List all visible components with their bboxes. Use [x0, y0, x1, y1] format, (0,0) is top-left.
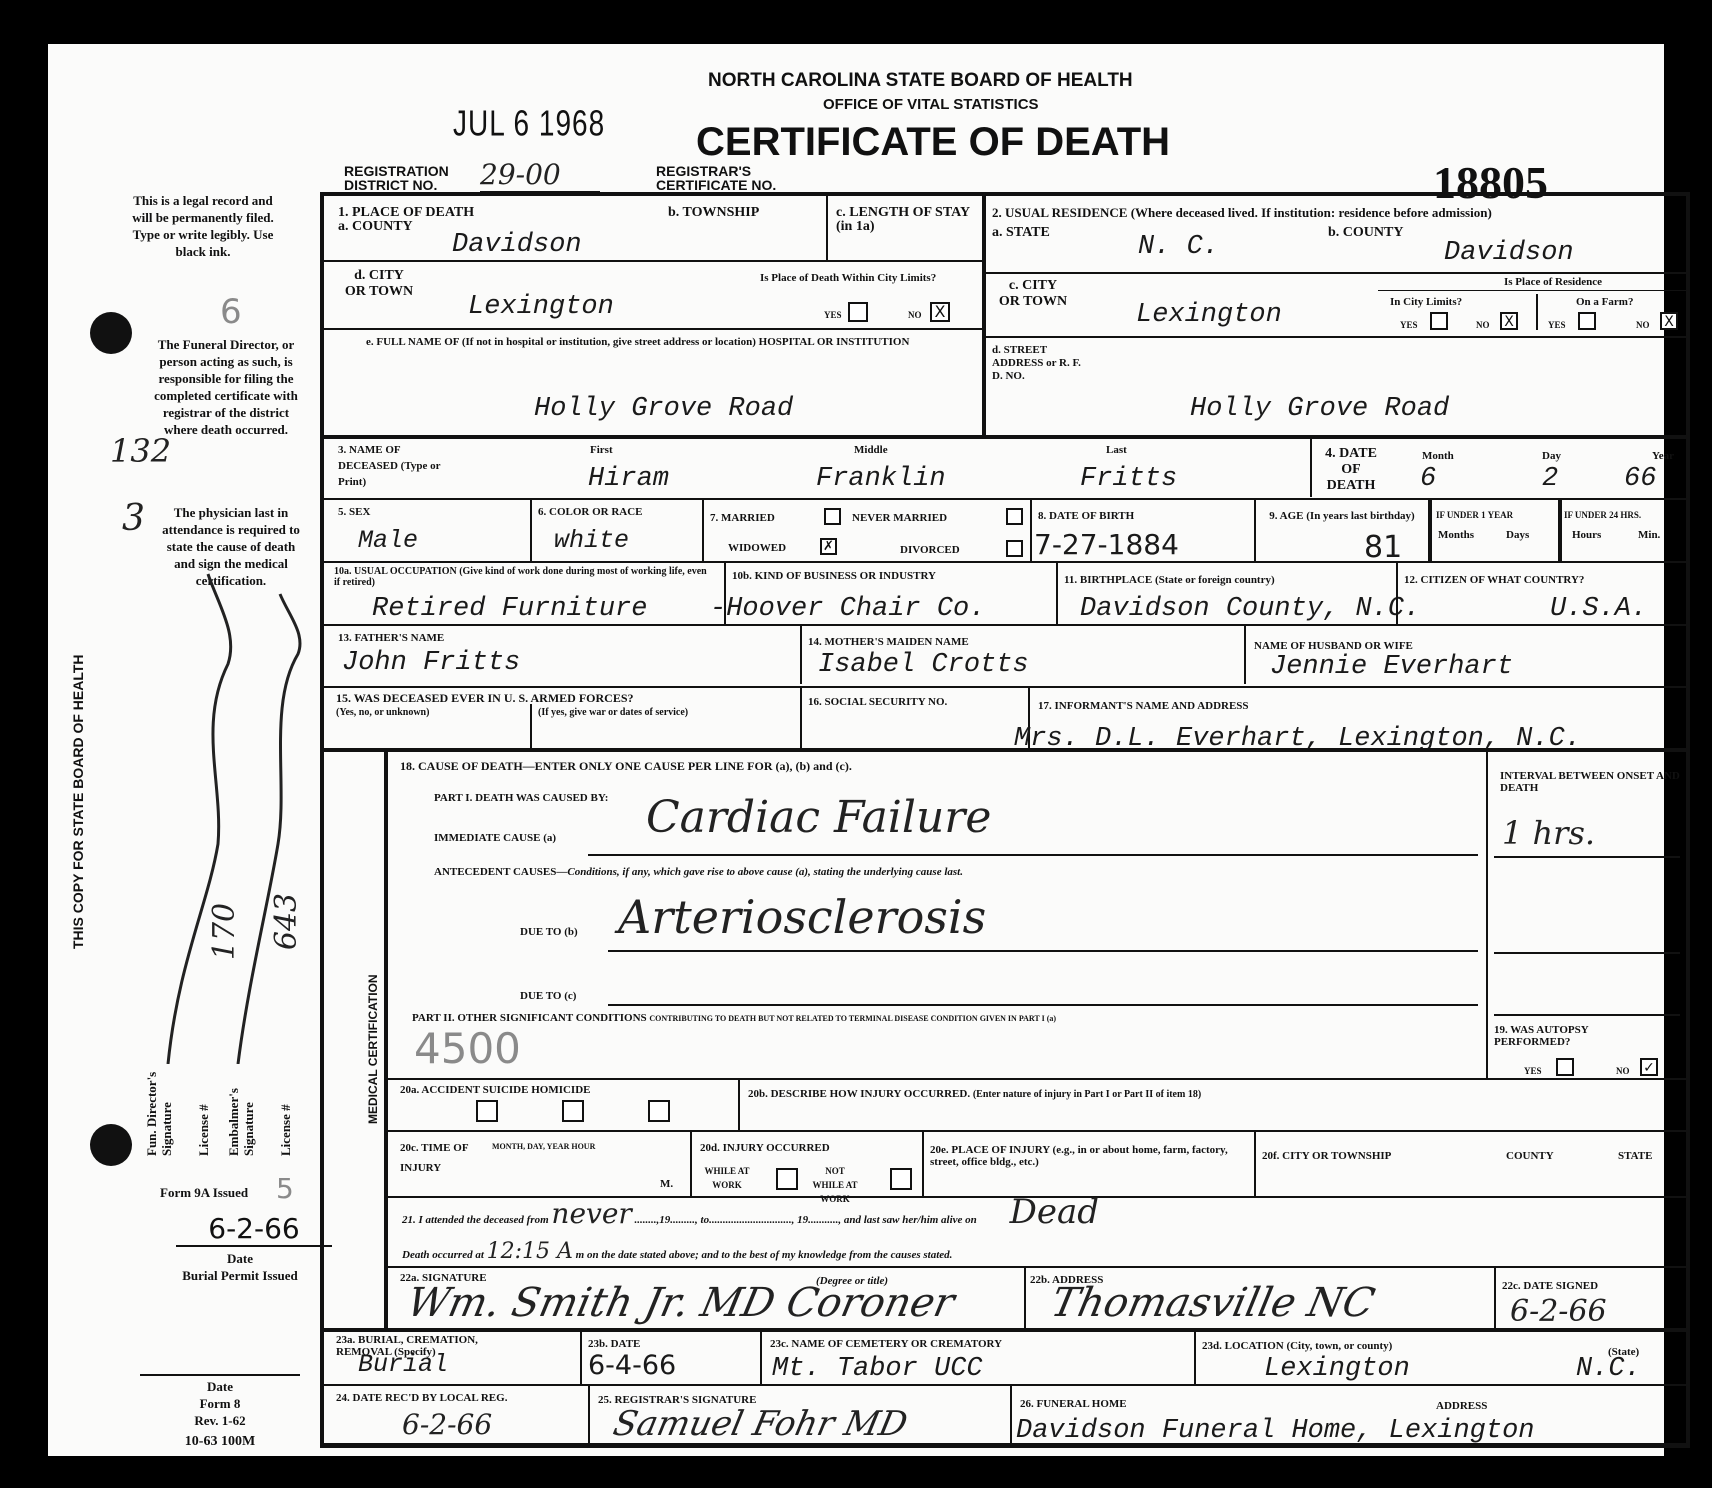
div-24-25 [588, 1386, 590, 1446]
autopsy-no-label: NO [1616, 1066, 1630, 1076]
registration-district-value: 29-00 [480, 158, 600, 193]
row-line-24 [322, 1384, 1688, 1386]
within-limits-label: Is Place of Death Within City Limits? [760, 272, 970, 284]
burial-date-label: 23b. DATE [588, 1338, 640, 1350]
burial-method-value: Burial [358, 1350, 448, 1379]
section-line-burial [322, 1328, 1688, 1332]
interval-line-2 [1494, 952, 1680, 954]
div-armed-ssn [800, 688, 802, 750]
accident-checkbox[interactable] [476, 1100, 498, 1122]
business-value: -Hoover Chair Co. [710, 594, 985, 624]
div-dob-age [1254, 499, 1256, 561]
physician-address: Thomasville NC [1047, 1280, 1379, 1326]
cemetery-label: 23c. NAME OF CEMETERY OR CREMATORY [770, 1338, 1002, 1350]
divider-1-2 [982, 194, 986, 437]
row-line-4 [322, 498, 1688, 500]
date-signed-label: 22c. DATE SIGNED [1502, 1280, 1598, 1292]
div-married-dob [1030, 499, 1032, 561]
farm-label: On a Farm? [1576, 296, 1633, 308]
div-20c-20d [690, 1132, 692, 1196]
death-year-label: Year [1652, 450, 1674, 462]
last-saw-value: Dead [1010, 1192, 1099, 1232]
never-married-label: NEVER MARRIED [852, 512, 947, 524]
residence-county-label: b. COUNTY [1328, 226, 1403, 240]
row-line-20c [386, 1130, 1688, 1132]
injury-occurred-label: 20d. INJURY OCCURRED [700, 1142, 830, 1154]
citizen-value: U.S.A. [1550, 594, 1647, 624]
res-city-limits-no-checkbox[interactable]: X [1500, 312, 1518, 330]
res-farm-no-checkbox[interactable]: X [1660, 312, 1678, 330]
hospital-label: e. FULL NAME OF (If not in hospital or i… [366, 336, 1006, 349]
race-label: 6. COLOR OR RACE [538, 506, 643, 518]
div-23c-23d [1194, 1330, 1196, 1384]
state-copy-note: THIS COPY FOR STATE BOARD OF HEALTH [70, 654, 86, 949]
due-to-c-label: DUE TO (c) [520, 990, 576, 1002]
registration-district-label: REGISTRATION DISTRICT NO. [344, 164, 449, 192]
immediate-cause-line [588, 854, 1478, 856]
div-race-married [702, 499, 704, 561]
injury-county-label: COUNTY [1506, 1150, 1554, 1162]
residence-city-value: Lexington [1136, 300, 1282, 330]
within-limits-no-label: NO [908, 310, 922, 320]
date-recd-value: 6-2-66 [402, 1408, 492, 1441]
injury-state-label: STATE [1618, 1150, 1652, 1162]
homicide-checkbox[interactable] [648, 1100, 670, 1122]
row-line-7 [322, 686, 1688, 688]
div-age-under1 [1428, 499, 1432, 561]
interval-line-1 [1494, 856, 1680, 858]
township-label: b. TOWNSHIP [668, 206, 759, 220]
sex-value: Male [358, 526, 418, 555]
residence-sub-line [1378, 290, 1688, 291]
within-limits-no-checkbox[interactable]: X [930, 302, 950, 322]
married-label: 7. MARRIED [710, 512, 775, 524]
attended-line: 21. I attended the deceased from never .… [402, 1206, 1099, 1226]
due-to-b-line [608, 950, 1478, 952]
burial-date-value: 6-4-66 [588, 1350, 676, 1381]
race-value: white [554, 526, 629, 555]
pencil-mark-5: 5 [276, 1172, 294, 1205]
row-line-22 [386, 1266, 1688, 1268]
sex-label: 5. SEX [338, 506, 370, 518]
min-label: Min. [1638, 530, 1660, 540]
within-limits-yes-checkbox[interactable] [848, 302, 868, 322]
due-to-b-value: Arteriosclerosis [618, 890, 986, 944]
last-name-value: Fritts [1080, 464, 1177, 494]
time-m-label: M. [660, 1178, 673, 1190]
middle-name-value: Franklin [816, 464, 946, 494]
mother-value: Isabel Crotts [818, 650, 1029, 680]
medical-certification-label: MEDICAL CERTIFICATION [366, 974, 380, 1124]
divorced-label: DIVORCED [900, 544, 960, 556]
death-city-value: Lexington [468, 292, 614, 322]
armed-forces-label: 15. WAS DECEASED EVER IN U. S. ARMED FOR… [336, 692, 634, 704]
cemetery-value: Mt. Tabor UCC [772, 1354, 983, 1384]
row-line-1r [984, 272, 1688, 274]
first-name-label: First [590, 444, 613, 456]
funeral-home-value: Davidson Funeral Home, Lexington [1016, 1416, 1534, 1446]
armed-sub-2: (If yes, give war or dates of service) [538, 708, 688, 718]
autopsy-label: 19. WAS AUTOPSY PERFORMED? [1494, 1024, 1654, 1048]
date-of-death-label: 4. DATE OF DEATH [1316, 446, 1386, 494]
death-year-value: 66 [1624, 464, 1656, 494]
death-county-value: Davidson [452, 230, 582, 260]
form-9a-date: 6-2-66 [176, 1212, 332, 1247]
hours-label: Hours [1572, 530, 1601, 540]
street-value: Holly Grove Road [1190, 394, 1449, 424]
binder-hole-top [90, 312, 132, 354]
death-day-label: Day [1542, 450, 1561, 462]
residence-city-label: c. CITY OR TOWN [998, 278, 1068, 310]
days-label: Days [1506, 530, 1529, 540]
physician-signature: Wm. Smith Jr. MD Coroner [403, 1280, 958, 1326]
first-name-value: Hiram [588, 464, 669, 494]
div-23b-23c [760, 1330, 762, 1384]
row-line-20a [386, 1078, 1688, 1080]
citizen-label: 12. CITIZEN OF WHAT COUNTRY? [1404, 574, 1584, 586]
div-father-mother [800, 626, 802, 684]
farm-divider [1536, 294, 1538, 330]
under-1-year-label: IF UNDER 1 YEAR [1436, 510, 1513, 520]
death-month-value: 6 [1420, 464, 1436, 494]
age-value: 81 [1364, 530, 1402, 565]
death-day-value: 2 [1542, 464, 1558, 494]
business-label: 10b. KIND OF BUSINESS OR INDUSTRY [732, 570, 936, 582]
interval-line-3 [1494, 1014, 1680, 1016]
never-married-checkbox[interactable] [1006, 508, 1023, 525]
div-20e-20f [1254, 1132, 1256, 1196]
res-city-no-label: NO [1476, 320, 1490, 330]
div-biz-birthplace [1056, 562, 1058, 624]
location-value: Lexington [1264, 1354, 1410, 1384]
widowed-label: WIDOWED [728, 542, 786, 554]
widowed-checkbox[interactable]: ✗ [820, 538, 837, 555]
license-label-2: License # [278, 1104, 294, 1156]
immediate-cause-value: Cardiac Failure [646, 792, 991, 843]
page-title: CERTIFICATE OF DEATH [696, 120, 1170, 164]
pencil-mark-132: 132 [110, 432, 171, 470]
funeral-home-label: 26. FUNERAL HOME [1020, 1398, 1127, 1410]
div-sex-race [530, 499, 532, 561]
interval-label: INTERVAL BETWEEN ONSET AND DEATH [1500, 770, 1680, 794]
death-occurred-time: 12:15 A [487, 1239, 573, 1264]
signature-scribbles-icon [108, 544, 308, 1064]
div-mother-spouse [1244, 626, 1246, 684]
immediate-cause-label: IMMEDIATE CAUSE (a) [434, 832, 556, 844]
spouse-label: NAME OF HUSBAND OR WIFE [1254, 640, 1413, 652]
residence-state-label: a. STATE [992, 226, 1050, 240]
city-township-label: 20f. CITY OR TOWNSHIP [1262, 1150, 1391, 1162]
office-name: OFFICE OF VITAL STATISTICS [823, 98, 1039, 112]
divorced-checkbox[interactable] [1006, 540, 1023, 557]
spouse-value: Jennie Everhart [1270, 652, 1513, 682]
dob-label: 8. DATE OF BIRTH [1038, 510, 1134, 522]
birthplace-label: 11. BIRTHPLACE (State or foreign country… [1064, 574, 1275, 586]
divider-township-stay [826, 194, 828, 260]
medical-sidebar-line [384, 750, 388, 1330]
interval-divider [1486, 750, 1488, 1080]
div-25-26 [1010, 1386, 1012, 1446]
row-line-6 [322, 624, 1688, 626]
attended-from-value: never [551, 1197, 631, 1230]
date-recd-label: 24. DATE REC'D BY LOCAL REG. [336, 1392, 516, 1404]
row-line-2r [984, 336, 1688, 338]
street-label: d. STREET ADDRESS or R. F. D. NO. [992, 344, 1082, 383]
age-label: 9. AGE (In years last birthday) [1262, 510, 1422, 522]
stamp-date: JUL 6 1968 [453, 103, 605, 145]
binder-hole-bottom [90, 1124, 132, 1166]
registrar-certificate-label: REGISTRAR'S CERTIFICATE NO. [656, 164, 776, 192]
part-2-pencil-value: 4500 [414, 1024, 521, 1073]
father-label: 13. FATHER'S NAME [338, 632, 444, 644]
under-24-hrs-label: IF UNDER 24 HRS. [1564, 510, 1641, 520]
death-month-label: Month [1422, 450, 1454, 462]
middle-name-label: Middle [854, 444, 888, 456]
place-of-residence-label: Is Place of Residence [1504, 276, 1602, 288]
form-9a-label: Form 9A Issued [160, 1186, 248, 1200]
div-20a-20b [738, 1080, 740, 1130]
certificate-paper: NORTH CAROLINA STATE BOARD OF HEALTH OFF… [48, 44, 1664, 1456]
location-label: 23d. LOCATION (City, town, or county) [1202, 1340, 1392, 1352]
dob-value: 7-27-1884 [1034, 528, 1179, 561]
date-of-death-divider [1310, 437, 1312, 497]
while-at-work-checkbox[interactable] [776, 1168, 798, 1190]
within-limits-yes-label: YES [824, 310, 842, 320]
time-of-injury-label: 20c. TIME OF INJURY [400, 1138, 470, 1178]
while-at-work-label: WHILE AT WORK [702, 1164, 752, 1192]
div-birthplace-citizen [1396, 562, 1398, 624]
occupation-label: 10a. USUAL OCCUPATION (Give kind of work… [334, 566, 714, 588]
accident-label: 20a. ACCIDENT SUICIDE HOMICIDE [400, 1084, 591, 1096]
res-farm-yes-label: YES [1548, 320, 1566, 330]
agency-name: NORTH CAROLINA STATE BOARD OF HEALTH [708, 74, 1133, 88]
funeral-address-label: ADDRESS [1436, 1400, 1487, 1412]
death-occurred-line: Death occurred at 12:15 A m on the date … [402, 1246, 952, 1261]
embalmer-signature-label: Embalmer's Signature [226, 1066, 256, 1156]
father-value: John Fritts [342, 648, 520, 678]
death-city-label: d. CITY OR TOWN [344, 268, 414, 300]
suicide-checkbox[interactable] [562, 1100, 584, 1122]
residence-county-value: Davidson [1444, 238, 1574, 268]
due-to-c-line [608, 1004, 1478, 1006]
legal-note: This is a legal record and will be perma… [128, 192, 278, 260]
burial-permit-label: Date Burial Permit Issued [140, 1250, 340, 1284]
registrar-signature: Samuel Fohr MD [610, 1404, 911, 1444]
div-under1-under24 [1558, 499, 1562, 561]
hospital-value: Holly Grove Road [534, 394, 793, 424]
fun-director-signature-label: Fun. Director's Signature [144, 1066, 174, 1156]
last-name-label: Last [1106, 444, 1127, 456]
not-while-at-work-checkbox[interactable] [890, 1168, 912, 1190]
residence-state-value: N. C. [1138, 232, 1219, 262]
autopsy-yes-label: YES [1524, 1066, 1542, 1076]
interval-value: 1 hrs. [1502, 814, 1595, 852]
place-of-injury-label: 20e. PLACE OF INJURY (e.g., in or about … [930, 1144, 1250, 1168]
occupation-value: Retired Furniture [372, 594, 647, 624]
row-line-2 [322, 328, 984, 330]
injury-desc-label: 20b. DESCRIBE HOW INJURY OCCURRED. (Ente… [748, 1088, 1201, 1101]
pencil-mark-6: 6 [220, 292, 242, 332]
form8-date-line [140, 1374, 300, 1376]
form8-block: Date Form 8 Rev. 1-62 10-63 100M [140, 1378, 300, 1450]
div-23a-23b [580, 1330, 582, 1384]
married-checkbox[interactable] [824, 508, 841, 525]
row-line-1 [322, 260, 984, 262]
birthplace-value: Davidson County, N.C. [1080, 594, 1420, 624]
license-label-1: License # [196, 1104, 212, 1156]
cause-header: 18. CAUSE OF DEATH—ENTER ONLY ONE CAUSE … [400, 760, 852, 772]
section-line-3 [322, 435, 1688, 439]
due-to-b-label: DUE TO (b) [520, 926, 578, 938]
res-farm-yes-checkbox[interactable] [1578, 312, 1596, 330]
res-city-yes-label: YES [1400, 320, 1418, 330]
div-20d-20e [922, 1132, 924, 1196]
antecedent-label: ANTECEDENT CAUSES—Conditions, if any, wh… [434, 866, 963, 878]
armed-sub-1: (Yes, no, or unknown) [336, 708, 429, 718]
div-22a-22b [1024, 1266, 1026, 1328]
part-1-label: PART I. DEATH WAS CAUSED BY: [434, 792, 608, 804]
residence-section-label: 2. USUAL RESIDENCE (Where deceased lived… [992, 206, 1492, 220]
length-of-stay-label: c. LENGTH OF STAY (in 1a) [836, 206, 976, 234]
autopsy-no-checkbox[interactable]: ✓ [1640, 1058, 1658, 1076]
funeral-director-note: The Funeral Director, or person acting a… [146, 336, 306, 438]
res-farm-no-label: NO [1636, 320, 1650, 330]
not-while-at-work-label: NOT WHILE AT WORK [810, 1164, 860, 1206]
res-city-limits-yes-checkbox[interactable] [1430, 312, 1448, 330]
mother-label: 14. MOTHER'S MAIDEN NAME [808, 636, 969, 648]
div-armed-1 [530, 704, 532, 750]
city-limits-label: In City Limits? [1390, 296, 1462, 308]
burial-state-value: N.C. [1576, 1354, 1641, 1384]
ssn-label: 16. SOCIAL SECURITY NO. [808, 696, 947, 708]
date-signed-value: 6-2-66 [1510, 1294, 1607, 1329]
informant-label: 17. INFORMANT'S NAME AND ADDRESS [1038, 700, 1249, 712]
months-label: Months [1438, 530, 1474, 540]
row-line-5 [322, 561, 1688, 563]
time-sub-label: MONTH, DAY, YEAR HOUR [492, 1142, 595, 1152]
pencil-mark-3: 3 [122, 498, 145, 539]
autopsy-yes-checkbox[interactable] [1556, 1058, 1574, 1076]
section-line-medical [322, 748, 1688, 752]
deceased-name-label: 3. NAME OF DECEASED (Type or Print) [338, 442, 458, 490]
div-22b-22c [1494, 1266, 1496, 1328]
